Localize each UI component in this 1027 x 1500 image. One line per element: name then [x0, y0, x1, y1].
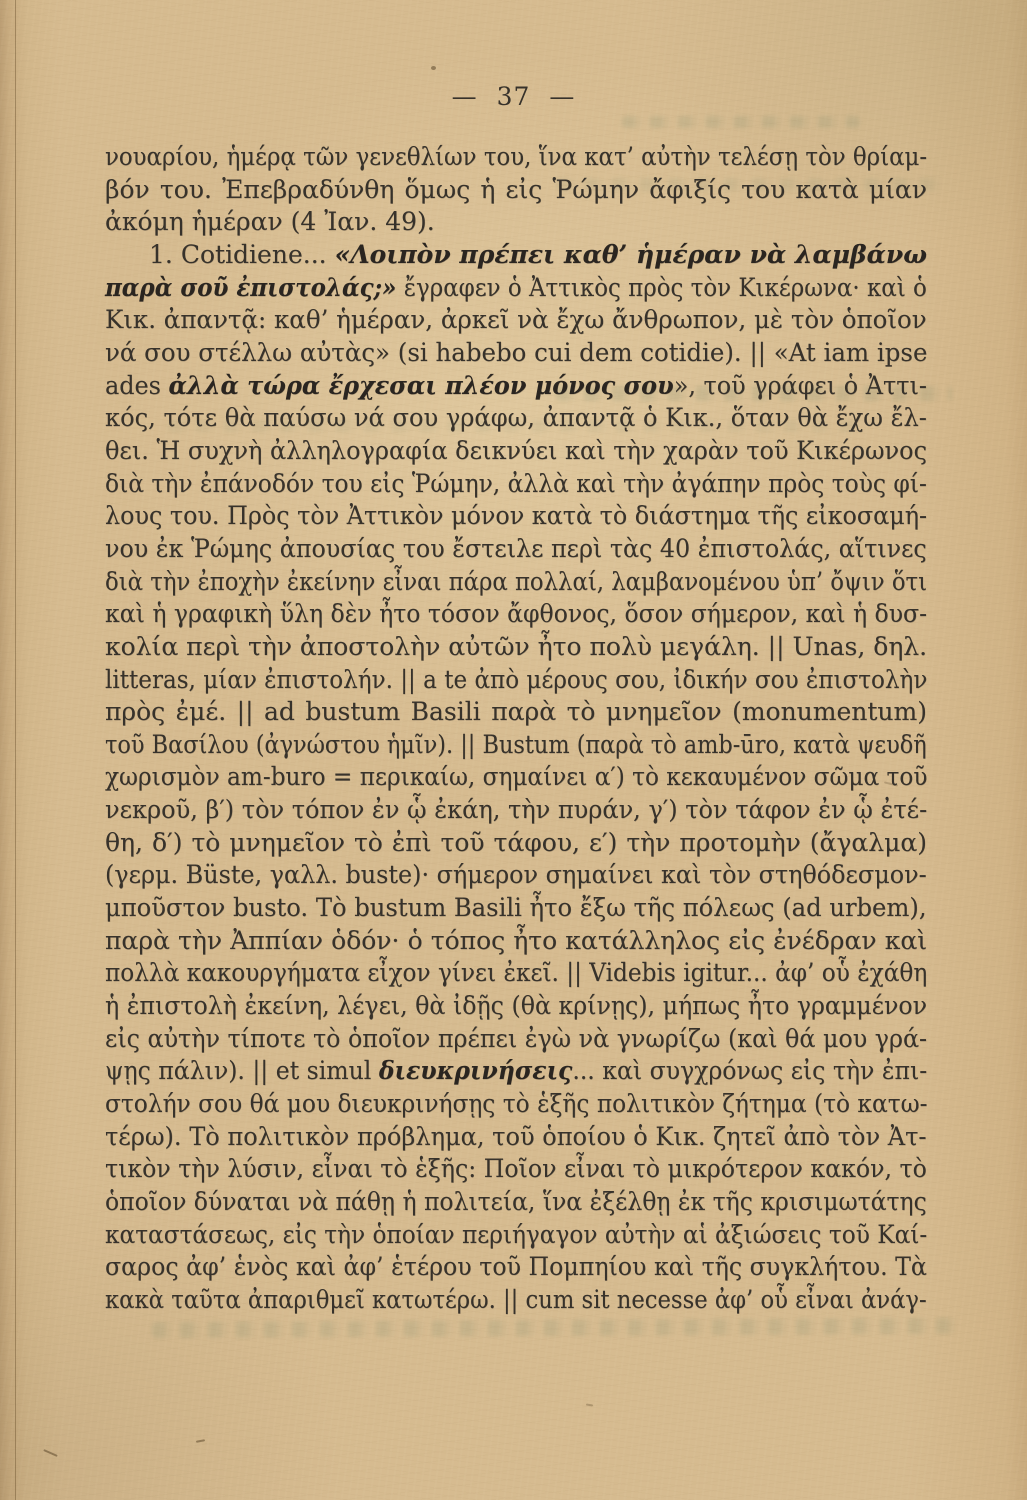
text-line: ψῃς πάλιν). || et simul διευκρινήσεις...… [105, 1055, 880, 1088]
body-text: ades [105, 371, 169, 400]
text-line: πρὸς ἐμέ. || ad bustum Basili παρὰ τὸ μν… [105, 696, 927, 729]
bleedthrough-smudge [622, 116, 860, 128]
body-text: κολία περὶ τὴν ἀποστολὴν αὐτῶν ἦτο πολὺ … [105, 632, 927, 661]
text-line: θη, δ′) τὸ μνημεῖον τὸ ἐπὶ τοῦ τάφου, ε′… [105, 827, 927, 860]
text-block: νουαρίου, ἡμέρᾳ τῶν γενεθλίων του, ἵνα κ… [105, 141, 927, 1317]
text-line: litteras, μίαν ἐπιστολήν. || a te ἀπὸ μέ… [105, 664, 863, 697]
page-edge-line [15, 0, 16, 1500]
bleedthrough-smudge [152, 1318, 964, 1338]
body-text: πρὸς ἐμέ. || ad bustum Basili παρὰ τὸ μν… [105, 697, 927, 726]
body-text: μποῦστον busto. Τὸ bustum Basili ἦτο ἔξω… [105, 893, 927, 922]
body-text: κός, τότε θὰ παύσω νά σου γράφω, ἀπαντᾷ … [105, 403, 927, 432]
text-line: διὰ τὴν ἐποχὴν ἐκείνην εἶναι πάρα πολλαί… [105, 566, 853, 599]
text-line: εἰς αὐτὴν τίποτε τὸ ὁποῖον πρέπει ἐγὼ νὰ… [105, 1023, 887, 1056]
body-text: 1. Cotidiene... [149, 240, 335, 269]
body-text: κακὰ ταῦτα ἀπαριθμεῖ κατωτέρω. || cum si… [105, 1285, 927, 1314]
text-line: παρὰ τὴν Ἀππίαν ὁδόν· ὁ τόπος ἦτο κατάλλ… [105, 925, 927, 958]
text-line: κολία περὶ τὴν ἀποστολὴν αὐτῶν ἦτο πολὺ … [105, 631, 927, 664]
text-line: καταστάσεως, εἰς τὴν ὁποίαν περιήγαγον α… [105, 1219, 868, 1252]
text-line: ἀκόμη ἡμέραν (4 Ἰαν. 49). [105, 206, 927, 239]
text-line: ἡ ἐπιστολὴ ἐκείνη, λέγει, θὰ ἰδῇς (θὰ κρ… [105, 990, 883, 1023]
text-line: πολλὰ κακουργήματα εἶχον γίνει ἐκεῖ. || … [105, 957, 868, 990]
body-text: litteras, μίαν ἐπιστολήν. || a te ἀπὸ μέ… [105, 665, 927, 694]
body-text: χωρισμὸν am-buro = περικαίω, σημαίνει α′… [105, 762, 927, 791]
body-text: ... καὶ συγχρόνως εἰς τὴν ἐπι- [572, 1056, 927, 1085]
body-text: ὁποῖον δύναται νὰ πάθῃ ἡ πολιτεία, ἵνα ἐ… [105, 1187, 927, 1216]
body-text: Κικ. ἀπαντᾷ: καθ’ ἡμέραν, ἀρκεῖ νὰ ἔχω ἄ… [105, 305, 927, 334]
body-text: λους του. Πρὸς τὸν Ἀττικὸν μόνον κατὰ τὸ… [105, 501, 927, 530]
body-text: νεκροῦ, β′) τὸν τόπον ἐν ᾧ ἐκάη, τὴν πυρ… [105, 795, 927, 824]
text-line: μποῦστον busto. Τὸ bustum Basili ἦτο ἔξω… [105, 892, 902, 925]
body-text: τοῦ Βασίλου (ἀγνώστου ἡμῖν). || Bustum (… [105, 730, 927, 759]
text-line: βόν του. Ἐπεβραδύνθη ὅμως ἡ εἰς Ῥώμην ἄφ… [105, 174, 927, 207]
scanned-book-page: — 37 — νουαρίου, ἡμέρᾳ τῶν γενεθλίων του… [0, 0, 1027, 1500]
text-line: κακὰ ταῦτα ἀπαριθμεῖ κατωτέρω. || cum si… [105, 1284, 851, 1317]
body-text: νά σου στέλλω αὐτὰς» (si habebo cui dem … [105, 338, 927, 367]
text-line: χωρισμὸν am-buro = περικαίω, σημαίνει α′… [105, 761, 868, 794]
body-text: στολήν σου θά μου διευκρινήσῃς τὸ ἑξῆς π… [105, 1089, 927, 1118]
text-line: νου ἐκ Ῥώμης ἀπουσίας του ἔστειλε περὶ τ… [105, 533, 887, 566]
text-line: τικὸν τὴν λύσιν, εἶναι τὸ ἑξῆς: Ποῖον εἶ… [105, 1153, 883, 1186]
text-line: παρὰ σοῦ ἐπιστολάς;» ἔγραφεν ὁ Ἀττικὸς π… [105, 272, 859, 305]
body-text: παρὰ τὴν Ἀππίαν ὁδόν· ὁ τόπος ἦτο κατάλλ… [105, 926, 927, 955]
body-text: τέρω). Τὸ πολιτικὸν πρόβλημα, τοῦ ὁποίου… [105, 1122, 927, 1151]
text-line: Κικ. ἀπαντᾷ: καθ’ ἡμέραν, ἀρκεῖ νὰ ἔχω ἄ… [105, 304, 910, 337]
text-line: νεκροῦ, β′) τὸν τόπον ἐν ᾧ ἐκάη, τὴν πυρ… [105, 794, 894, 827]
body-text: τικὸν τὴν λύσιν, εἶναι τὸ ἑξῆς: Ποῖον εἶ… [105, 1154, 927, 1183]
text-line: ὁποῖον δύναται νὰ πάθῃ ἡ πολιτεία, ἵνα ἐ… [105, 1186, 877, 1219]
body-text: καταστάσεως, εἰς τὴν ὁποίαν περιήγαγον α… [105, 1220, 927, 1249]
body-text: καὶ ἡ γραφικὴ ὕλη δὲν ἦτο τόσον ἄφθονος,… [105, 599, 927, 628]
emphasis-text: παρὰ σοῦ ἐπιστολάς;» [105, 273, 396, 302]
body-text: νου ἐκ Ῥώμης ἀπουσίας του ἔστειλε περὶ τ… [105, 534, 927, 563]
body-text: πολλὰ κακουργήματα εἶχον γίνει ἐκεῖ. || … [105, 958, 927, 987]
body-text: », τοῦ γράφει ὁ Ἀττι- [674, 371, 927, 400]
body-text: εἰς αὐτὴν τίποτε τὸ ὁποῖον πρέπει ἐγὼ νὰ… [105, 1024, 927, 1053]
text-line: 1. Cotidiene... «Λοιπὸν πρέπει καθ’ ἡμέρ… [105, 239, 927, 272]
body-text: διὰ τὴν ἐποχὴν ἐκείνην εἶναι πάρα πολλαί… [105, 567, 927, 596]
text-line: λους του. Πρὸς τὸν Ἀττικὸν μόνον κατὰ τὸ… [105, 500, 889, 533]
paper-speck [196, 1439, 205, 1443]
text-line: καὶ ἡ γραφικὴ ὕλη δὲν ἦτο τόσον ἄφθονος,… [105, 598, 879, 631]
text-line: σαρος ἀφ’ ἑνὸς καὶ ἀφ’ ἑτέρου τοῦ Πομπηί… [105, 1251, 883, 1284]
body-text: ψῃς πάλιν). || et simul [105, 1056, 379, 1085]
emphasis-text: «Λοιπὸν πρέπει καθ’ ἡμέραν νὰ λαμβάνω [335, 240, 927, 269]
text-line: θει. Ἡ συχνὴ ἀλληλογραφία δεικνύει καὶ τ… [105, 435, 893, 468]
body-text: θη, δ′) τὸ μνημεῖον τὸ ἐπὶ τοῦ τάφου, ε′… [105, 828, 927, 857]
text-line: ades ἀλλὰ τώρα ἔρχεσαι πλέον μόνος σου»,… [105, 370, 891, 403]
paper-speck [43, 1449, 58, 1457]
text-line: νά σου στέλλω αὐτὰς» (si habebo cui dem … [105, 337, 909, 370]
text-line: κός, τότε θὰ παύσω νά σου γράφω, ἀπαντᾷ … [105, 402, 898, 435]
body-text: βόν του. Ἐπεβραδύνθη ὅμως ἡ εἰς Ῥώμην ἄφ… [105, 175, 927, 204]
body-text: θει. Ἡ συχνὴ ἀλληλογραφία δεικνύει καὶ τ… [105, 436, 927, 465]
emphasis-text: ἀλλὰ τώρα ἔρχεσαι πλέον μόνος σου [169, 371, 674, 400]
paper-speck [586, 1404, 593, 1407]
text-line: στολήν σου θά μου διευκρινήσῃς τὸ ἑξῆς π… [105, 1088, 871, 1121]
paper-speck [431, 66, 436, 70]
text-line: νουαρίου, ἡμέρᾳ τῶν γενεθλίων του, ἵνα κ… [105, 141, 857, 174]
page-number: — 37 — [0, 84, 1027, 109]
body-text: σαρος ἀφ’ ἑνὸς καὶ ἀφ’ ἑτέρου τοῦ Πομπηί… [105, 1252, 927, 1281]
text-line: (γερμ. Büste, γαλλ. buste)· σήμερον σημα… [105, 859, 890, 892]
emphasis-text: διευκρινήσεις [379, 1056, 572, 1085]
text-line: διὰ τὴν ἐπάνοδόν του εἰς Ῥώμην, ἀλλὰ καὶ… [105, 468, 873, 501]
text-line: τοῦ Βασίλου (ἀγνώστου ἡμῖν). || Bustum (… [105, 729, 842, 762]
body-text: ἔγραφεν ὁ Ἀττικὸς πρὸς τὸν Κικέρωνα· καὶ… [396, 273, 926, 302]
body-text: (γερμ. Büste, γαλλ. buste)· σήμερον σημα… [105, 860, 927, 889]
body-text: διὰ τὴν ἐπάνοδόν του εἰς Ῥώμην, ἀλλὰ καὶ… [105, 469, 927, 498]
body-text: νουαρίου, ἡμέρᾳ τῶν γενεθλίων του, ἵνα κ… [105, 142, 927, 171]
text-line: τέρω). Τὸ πολιτικὸν πρόβλημα, τοῦ ὁποίου… [105, 1121, 896, 1154]
body-text: ἀκόμη ἡμέραν (4 Ἰαν. 49). [105, 207, 435, 236]
body-text: ἡ ἐπιστολὴ ἐκείνη, λέγει, θὰ ἰδῇς (θὰ κρ… [105, 991, 927, 1020]
